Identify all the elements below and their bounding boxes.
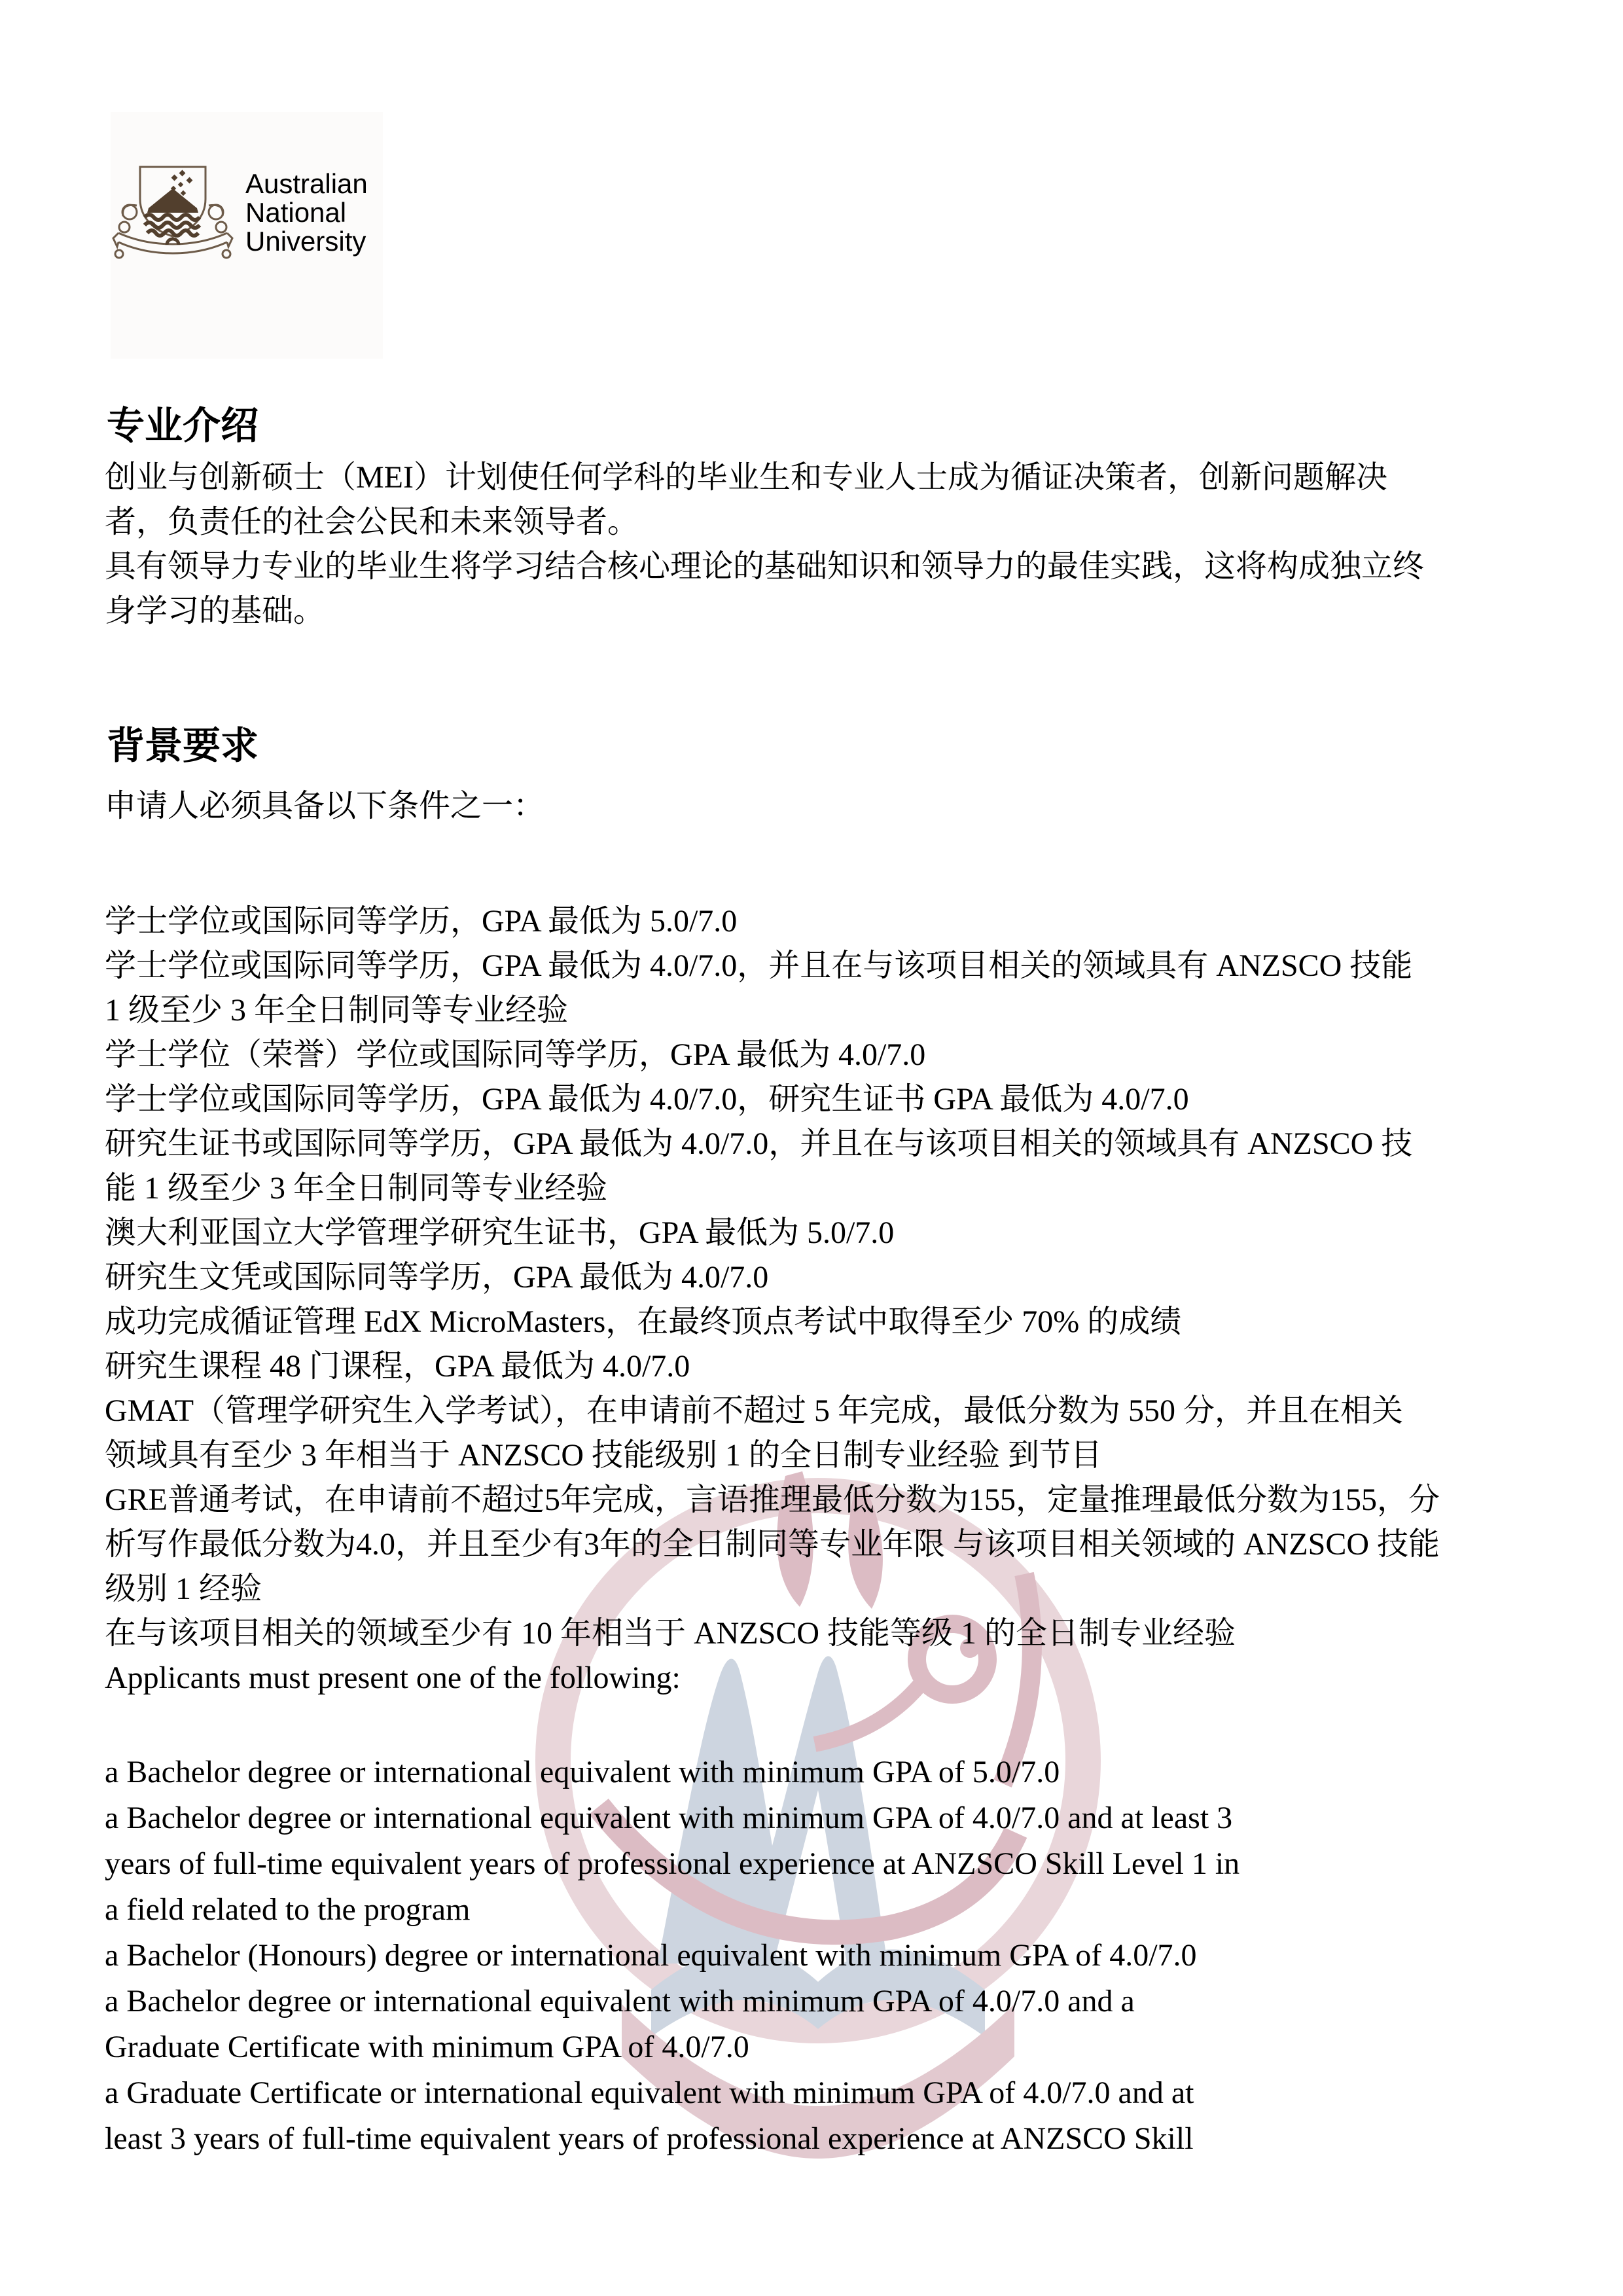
text-line: 具有领导力专业的毕业生将学习结合核心理论的基础知识和领导力的最佳实践，这将构成独…: [105, 545, 1558, 589]
text-line: 学士学位（荣誉）学位或国际同等学历，GPA 最低为 4.0/7.0: [105, 1033, 1558, 1077]
text-line: 学士学位或国际同等学历，GPA 最低为 4.0/7.0，研究生证书 GPA 最低…: [105, 1077, 1558, 1122]
text-line: 研究生文凭或国际同等学历，GPA 最低为 4.0/7.0: [105, 1255, 1558, 1300]
text-line: 者，负责任的社会公民和未来领导者。: [105, 500, 1558, 545]
text-line: 析写作最低分数为4.0，并且至少有3年的全日制同等专业年限 与该项目相关领域的 …: [105, 1522, 1558, 1567]
text-line: 研究生课程 48 门课程，GPA 最低为 4.0/7.0: [105, 1344, 1558, 1389]
text-line: least 3 years of full-time equivalent ye…: [105, 2116, 1558, 2162]
text-line: Graduate Certificate with minimum GPA of…: [105, 2024, 1558, 2070]
text-line: 在与该项目相关的领域至少有 10 年相当于 ANZSCO 技能等级 1 的全日制…: [105, 1611, 1558, 1656]
text-line: Applicants must present one of the follo…: [105, 1656, 1558, 1700]
text-line: 研究生证书或国际同等学历，GPA 最低为 4.0/7.0，并且在与该项目相关的领…: [105, 1122, 1558, 1166]
text-line: 学士学位或国际同等学历，GPA 最低为 5.0/7.0: [105, 899, 1558, 944]
section-heading-background: 背景要求: [107, 713, 259, 779]
text-line: a Bachelor degree or international equiv…: [105, 1749, 1558, 1795]
text-line: 澳大利亚国立大学管理学研究生证书，GPA 最低为 5.0/7.0: [105, 1211, 1558, 1255]
text-line: 能 1 级至少 3 年全日制同等专业经验: [105, 1166, 1558, 1211]
background-lead: 申请人必须具备以下条件之一：: [105, 784, 544, 829]
text-line: 级别 1 经验: [105, 1567, 1558, 1611]
text-line: GRE普通考试，在申请前不超过5年完成，言语推理最低分数为155，定量推理最低分…: [105, 1478, 1558, 1522]
text-line: GMAT（管理学研究生入学考试），在申请前不超过 5 年完成，最低分数为 550…: [105, 1389, 1558, 1433]
text-line: years of full-time equivalent years of p…: [105, 1841, 1558, 1887]
text-line: 成功完成循证管理 EdX MicroMasters，在最终顶点考试中取得至少 7…: [105, 1300, 1558, 1344]
text-line: a Bachelor (Honours) degree or internati…: [105, 1933, 1558, 1979]
section-heading-intro: 专业介绍: [107, 396, 259, 456]
text-line: 学士学位或国际同等学历，GPA 最低为 4.0/7.0，并且在与该项目相关的领域…: [105, 944, 1558, 988]
background-requirements-en: a Bachelor degree or international equiv…: [105, 1749, 1558, 2162]
text-line: a Graduate Certificate or international …: [105, 2070, 1558, 2116]
intro-paragraph: 创业与创新硕士（MEI）计划使任何学科的毕业生和专业人士成为循证决策者，创新问题…: [105, 456, 1558, 634]
text-line: 1 级至少 3 年全日制同等专业经验: [105, 988, 1558, 1033]
text-line: a Bachelor degree or international equiv…: [105, 1979, 1558, 2024]
text-line: a Bachelor degree or international equiv…: [105, 1795, 1558, 1841]
text-line: 身学习的基础。: [105, 589, 1558, 634]
text-line: 领域具有至少 3 年相当于 ANZSCO 技能级别 1 的全日制专业经验 到节目: [105, 1433, 1558, 1478]
background-requirements-zh: 学士学位或国际同等学历，GPA 最低为 5.0/7.0学士学位或国际同等学历，G…: [105, 899, 1558, 1700]
document-content: 专业介绍 创业与创新硕士（MEI）计划使任何学科的毕业生和专业人士成为循证决策者…: [0, 0, 1623, 2296]
document-page: Australian National University 专业介绍 创业与创…: [0, 0, 1623, 2296]
text-line: 创业与创新硕士（MEI）计划使任何学科的毕业生和专业人士成为循证决策者，创新问题…: [105, 456, 1558, 500]
text-line: a field related to the program: [105, 1887, 1558, 1933]
